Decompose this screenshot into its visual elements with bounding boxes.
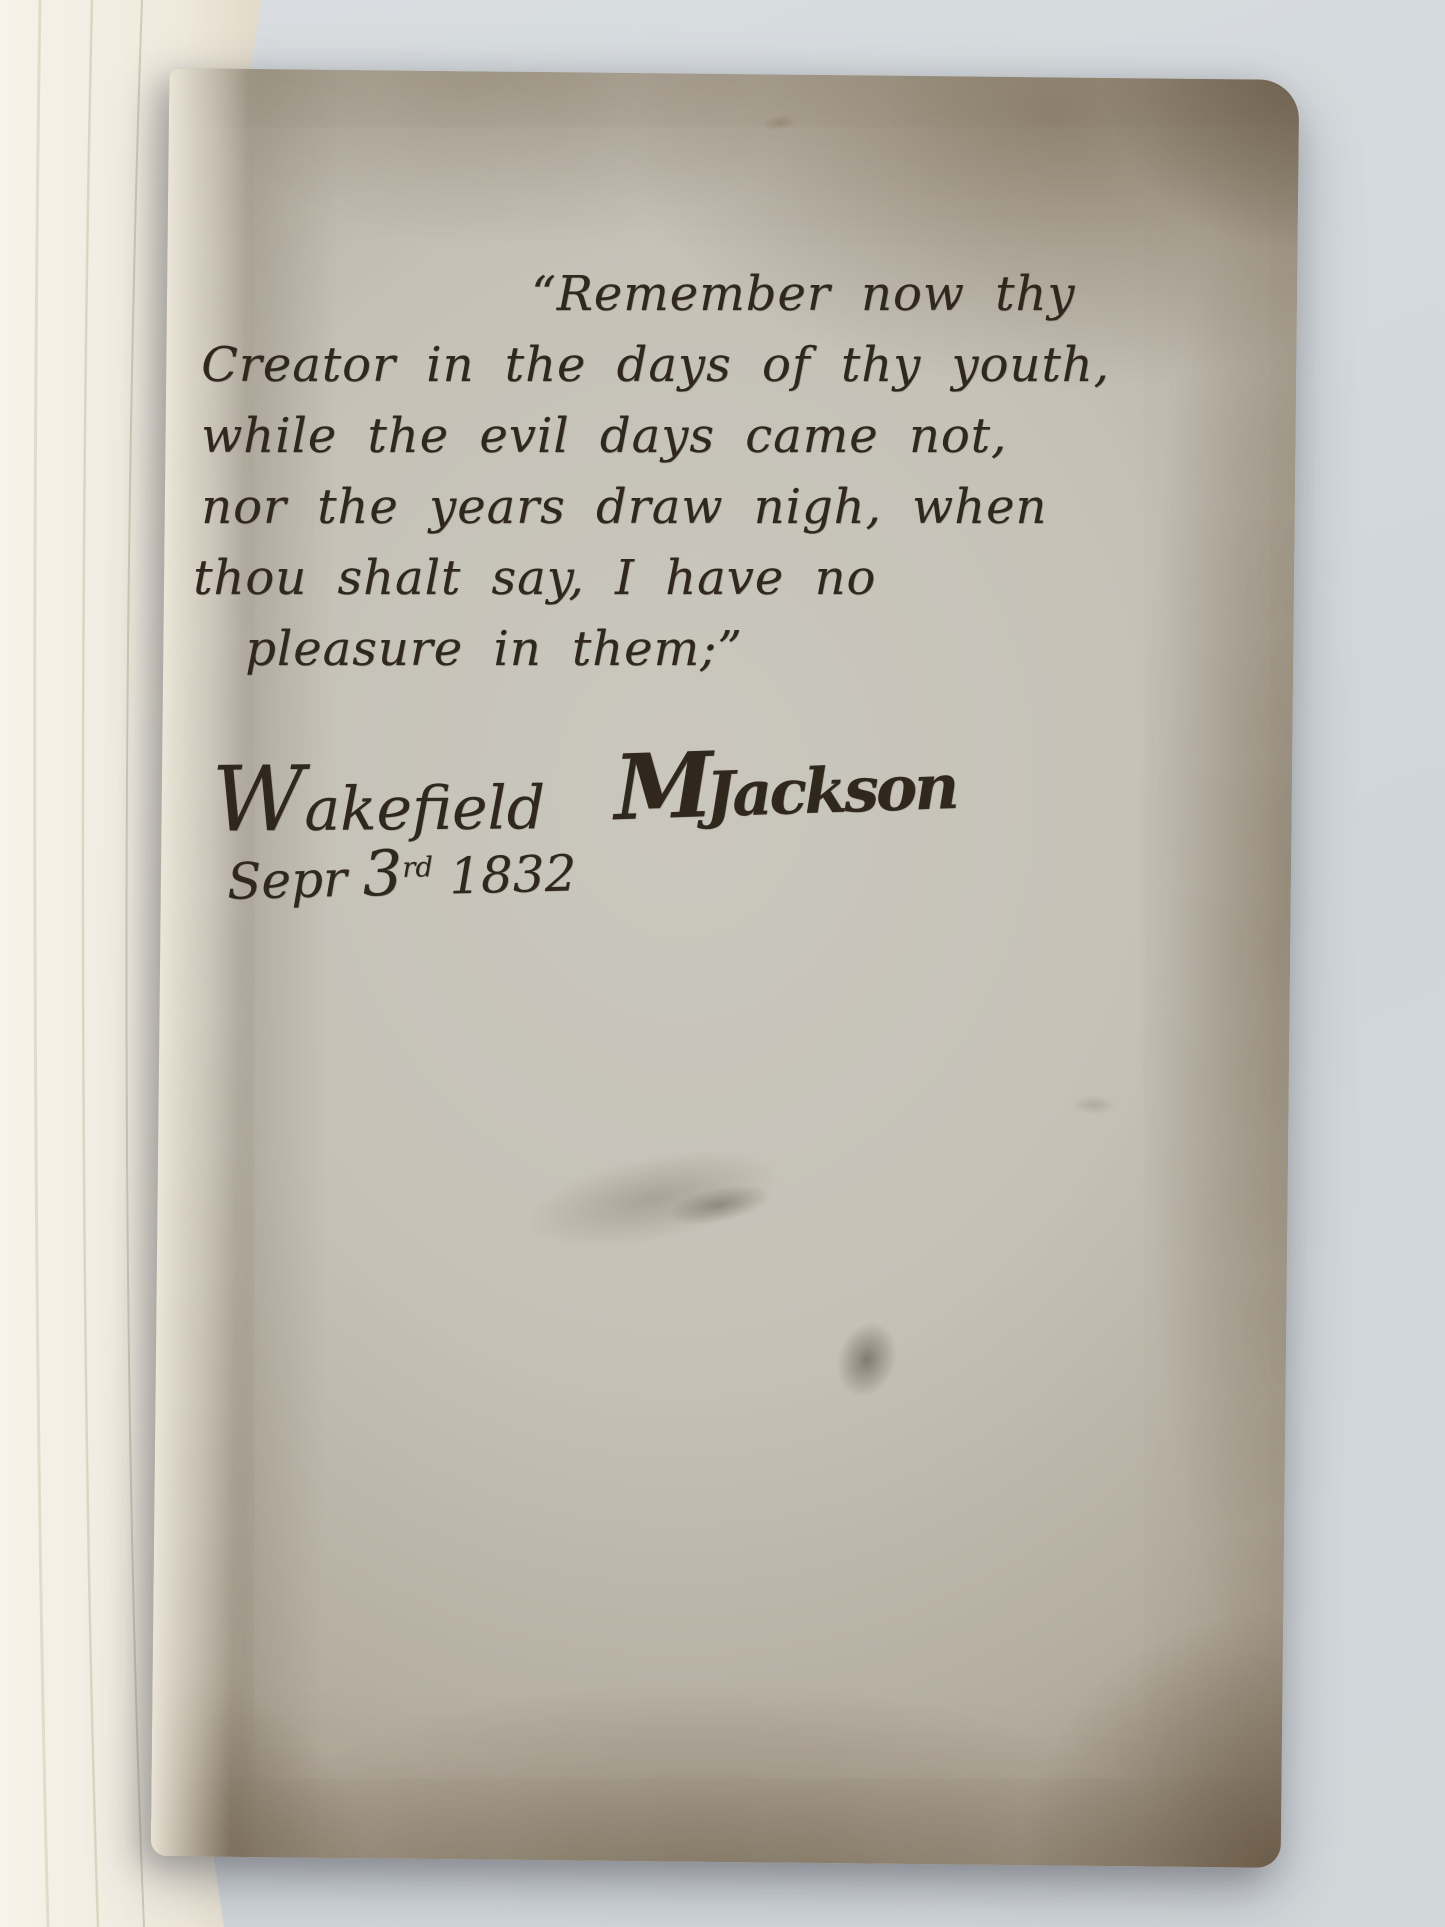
quote-line: while the evil days came not, bbox=[201, 401, 1271, 472]
date-month: Sepr bbox=[226, 850, 347, 911]
ink-smudge-core bbox=[646, 1169, 792, 1242]
date-ordinal: rd bbox=[402, 851, 434, 884]
quote-line: nor the years draw nigh, when bbox=[201, 472, 1271, 543]
ink-smudge bbox=[480, 1114, 825, 1285]
quote-line: thou shalt say, I have no bbox=[193, 543, 1271, 614]
ink-blot bbox=[813, 1298, 920, 1421]
endpaper-page: “Remember now thy Creator in the days of… bbox=[151, 68, 1300, 1868]
quote-line: Creator in the days of thy youth, bbox=[201, 330, 1271, 401]
inscription-quote: “Remember now thy Creator in the days of… bbox=[201, 259, 1271, 685]
photo-backdrop: “Remember now thy Creator in the days of… bbox=[0, 0, 1445, 1927]
date-day: 3 bbox=[362, 837, 404, 911]
quote-line: “Remember now thy bbox=[201, 259, 1271, 330]
signature: MJackson bbox=[612, 725, 957, 841]
foxing-spot bbox=[1063, 1092, 1123, 1119]
inscription-date: Sepr 3rd 1832 bbox=[226, 832, 577, 914]
foxing-spot bbox=[756, 110, 804, 136]
date-year: 1832 bbox=[448, 844, 577, 905]
quote-line: pleasure in them;” bbox=[245, 614, 1271, 685]
